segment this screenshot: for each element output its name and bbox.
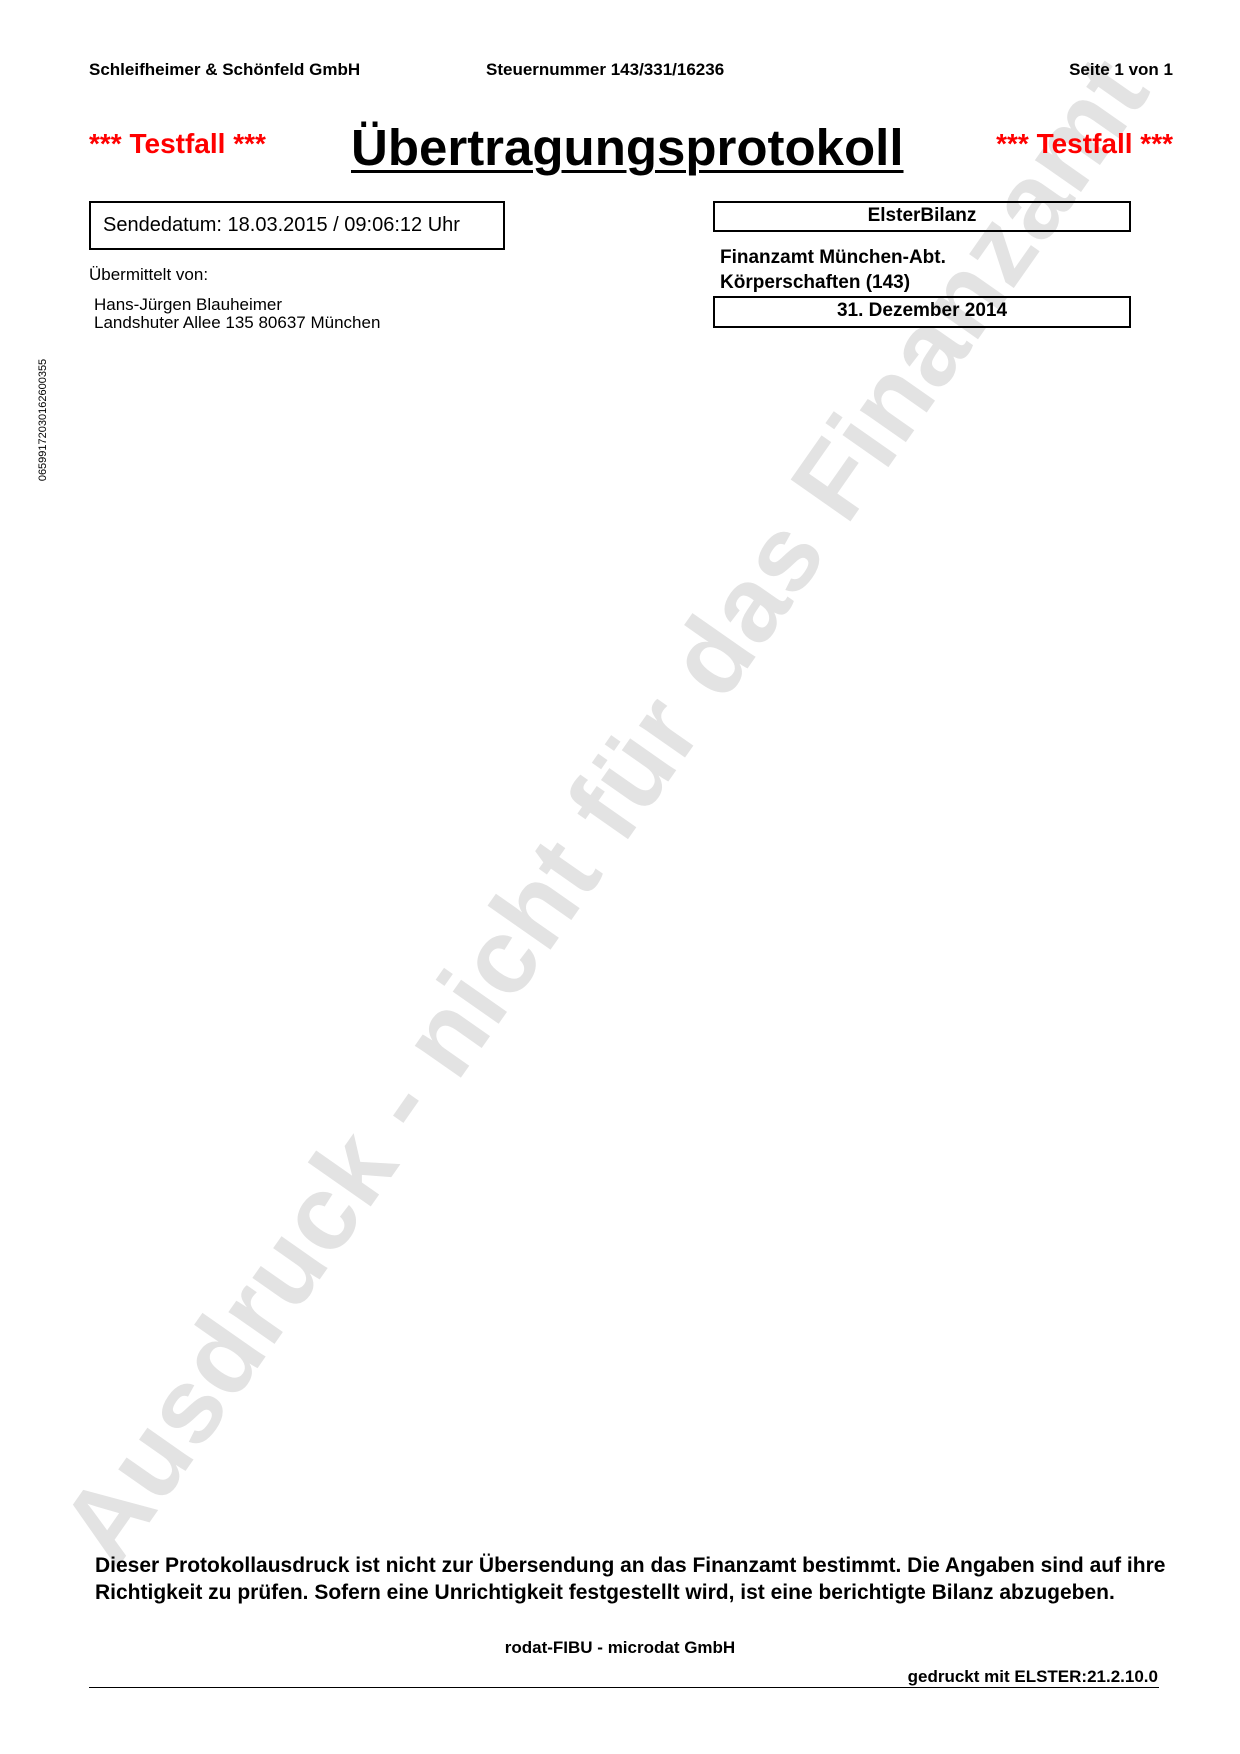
sender-address: Landshuter Allee 135 80637 München	[94, 314, 380, 332]
sender-name: Hans-Jürgen Blauheimer	[94, 296, 282, 314]
test-label-left: *** Testfall ***	[89, 128, 266, 160]
document-page: 06599172030162600355 Schleifheimer & Sch…	[0, 0, 1240, 1754]
notice-text: Dieser Protokollausdruck ist nicht zur Ü…	[95, 1552, 1175, 1606]
product-box: ElsterBilanz	[713, 201, 1131, 232]
page-title: Übertragungsprotokoll	[351, 118, 904, 177]
send-date-box: Sendedatum: 18.03.2015 / 09:06:12 Uhr	[89, 201, 505, 250]
page-number: Seite 1 von 1	[1069, 60, 1173, 80]
footer-divider	[89, 1687, 1159, 1688]
test-label-right: *** Testfall ***	[996, 128, 1173, 160]
product-name: ElsterBilanz	[868, 205, 977, 226]
balance-date: 31. Dezember 2014	[837, 300, 1007, 321]
transmitted-by-label: Übermittelt von:	[89, 266, 208, 284]
software-label: rodat-FIBU - microdat GmbH	[0, 1638, 1240, 1658]
side-document-number: 06599172030162600355	[37, 359, 49, 481]
company-name: Schleifheimer & Schönfeld GmbH	[89, 60, 360, 80]
tax-office-line1: Finanzamt München-Abt.	[720, 245, 946, 270]
send-date: Sendedatum: 18.03.2015 / 09:06:12 Uhr	[103, 214, 460, 236]
printed-with-label: gedruckt mit ELSTER:21.2.10.0	[908, 1667, 1158, 1687]
tax-office-line2: Körperschaften (143)	[720, 270, 946, 295]
balance-date-box: 31. Dezember 2014	[713, 296, 1131, 328]
tax-office: Finanzamt München-Abt. Körperschaften (1…	[720, 245, 946, 295]
tax-number: Steuernummer 143/331/16236	[486, 60, 724, 80]
